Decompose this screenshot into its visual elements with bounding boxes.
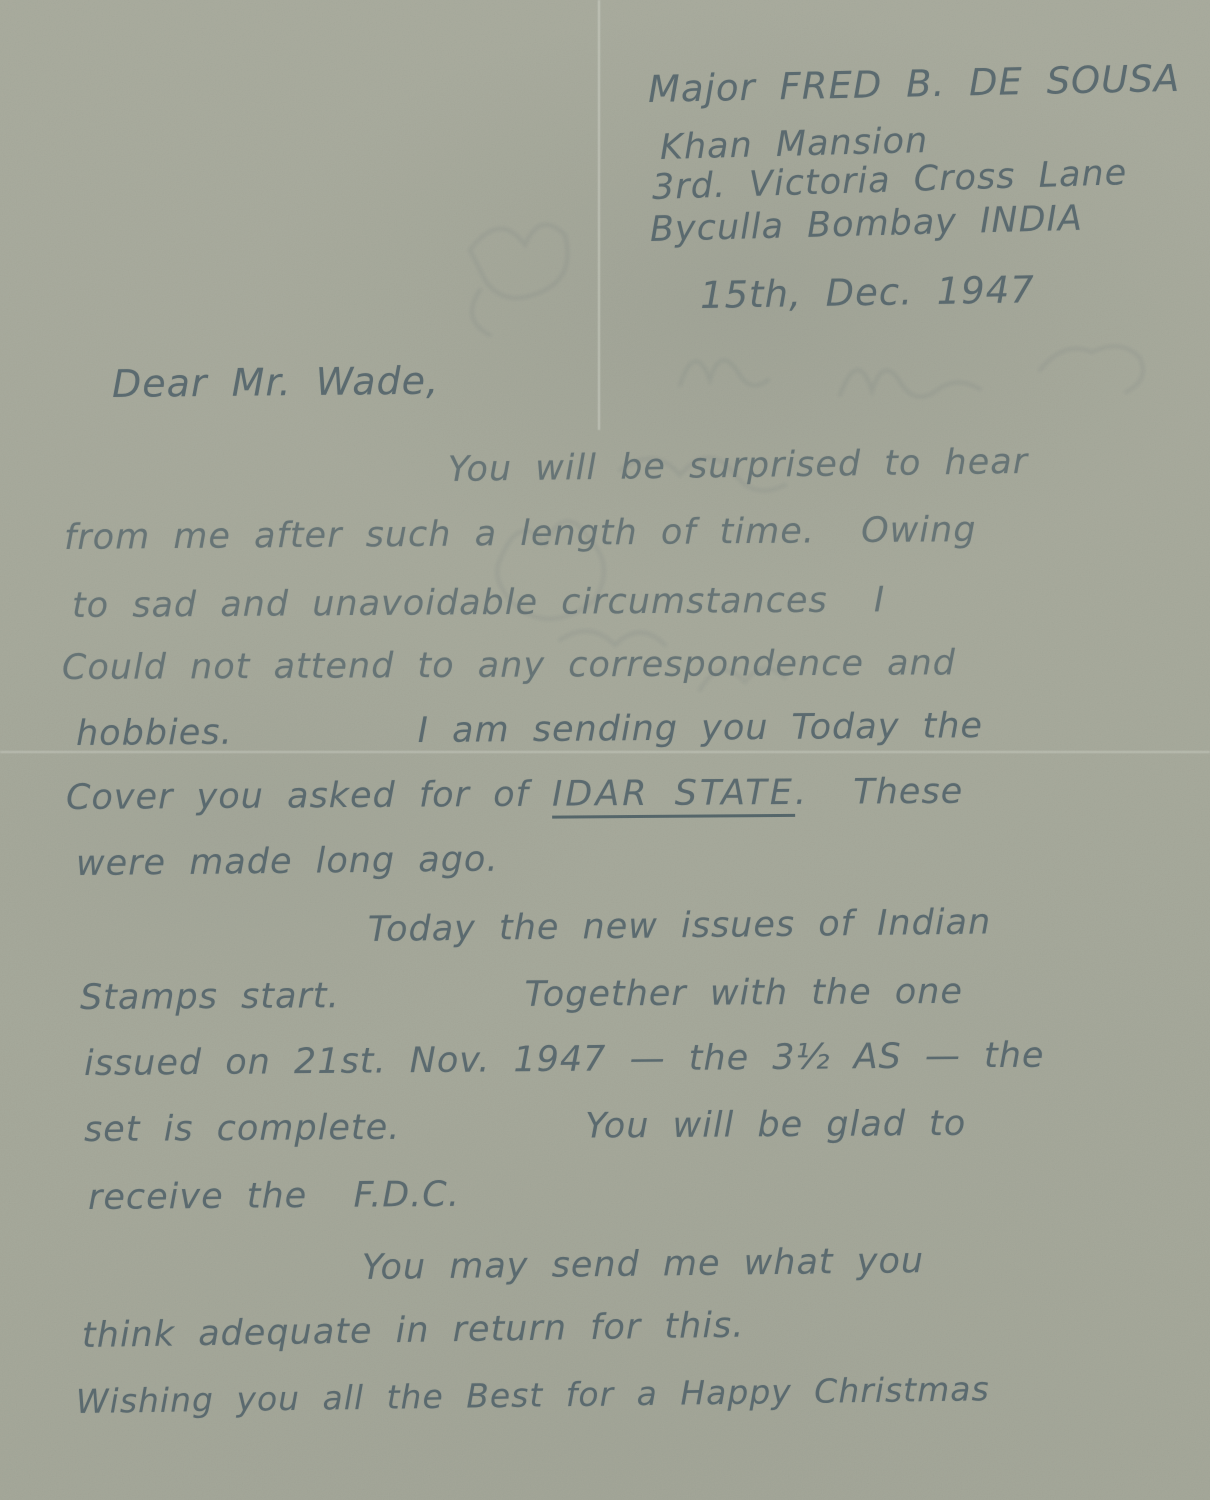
sender-name-line: Major FRED B. DE SOUSA bbox=[648, 57, 1181, 111]
sender-city-line: Byculla Bombay INDIA bbox=[649, 199, 1083, 250]
vertical-fold-line bbox=[598, 0, 600, 430]
salutation: Dear Mr. Wade, bbox=[112, 359, 440, 406]
body-line: Today the new issues of Indian bbox=[368, 902, 992, 950]
letter-date: 15th, Dec. 1947 bbox=[700, 268, 1036, 317]
body-line: Stamps start. Together with the one bbox=[80, 972, 963, 1018]
body-line: You may send me what you bbox=[362, 1241, 925, 1288]
body-line: Could not attend to any correspondence a… bbox=[62, 643, 956, 688]
body-line: were made long ago. bbox=[76, 840, 499, 884]
closing-line: Wishing you all the Best for a Happy Chr… bbox=[76, 1369, 990, 1421]
letter-page: Major FRED B. DE SOUSA Khan Mansion 3rd.… bbox=[0, 0, 1210, 1500]
body-line: receive the F.D.C. bbox=[88, 1175, 460, 1218]
body-line-segment: . These bbox=[795, 772, 964, 813]
body-line: set is complete. You will be glad to bbox=[84, 1104, 966, 1150]
body-line: from me after such a length of time. Owi… bbox=[64, 510, 977, 558]
body-line: Cover you asked for of IDAR STATE. These bbox=[66, 772, 963, 818]
underlined-phrase-idar-state: IDAR STATE bbox=[552, 773, 795, 819]
body-line: hobbies. I am sending you Today the bbox=[76, 706, 983, 754]
body-line: You will be surprised to hear bbox=[448, 442, 1029, 490]
body-line: issued on 21st. Nov. 1947 — the 3½ AS — … bbox=[84, 1036, 1045, 1084]
body-line-segment: Cover you asked for of bbox=[66, 775, 552, 818]
body-line: think adequate in return for this. bbox=[82, 1306, 745, 1356]
body-line: to sad and unavoidable circumstances I bbox=[72, 580, 886, 626]
